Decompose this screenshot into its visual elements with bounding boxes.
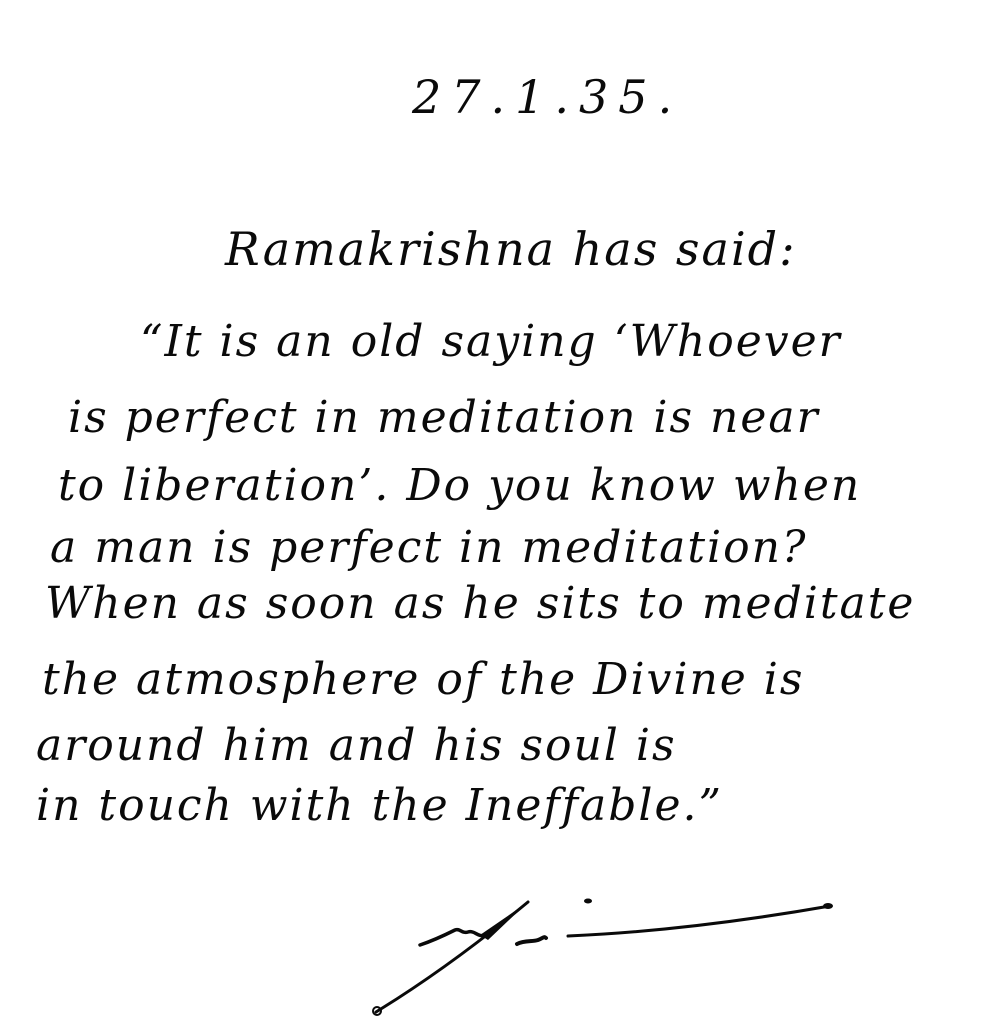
note-date: 27.1.35. [412, 70, 682, 124]
quote-line: around him and his soul is [36, 720, 677, 771]
quote-line: “It is an old saying ‘Whoever [140, 316, 842, 367]
handwritten-note-page: 27.1.35. Ramakrishna has said: “It is an… [0, 0, 990, 1032]
quote-line: When as soon as he sits to meditate [45, 578, 915, 629]
quote-line: is perfect in meditation is near [68, 392, 820, 443]
quote-line: in touch with the Ineffable.” [36, 780, 723, 831]
quote-line: a man is perfect in meditation? [50, 522, 808, 573]
quote-line: to liberation’. Do you know when [58, 460, 861, 511]
note-heading: Ramakrishna has said: [225, 222, 797, 276]
quote-line: the atmosphere of the Divine is [42, 654, 804, 705]
signature-icon [360, 880, 860, 1030]
